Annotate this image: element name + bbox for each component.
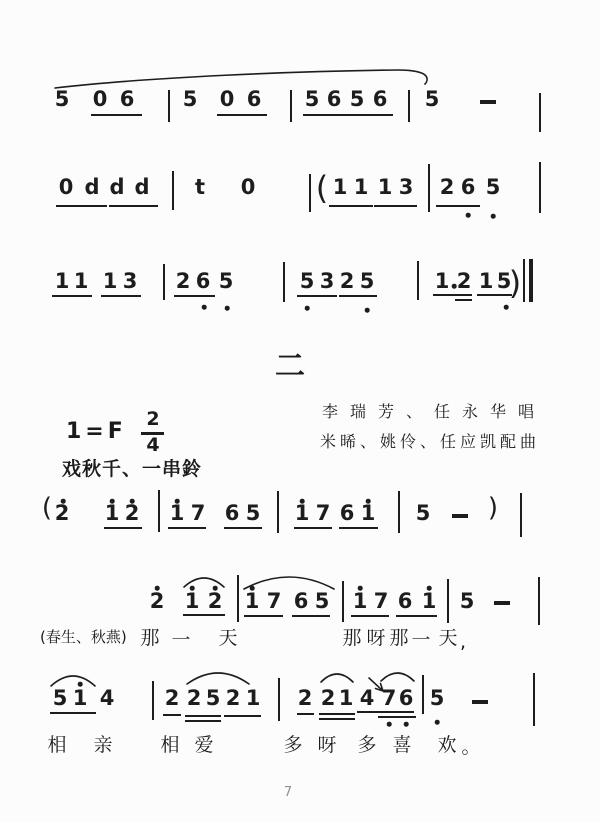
note-glyph: 2: [340, 271, 355, 292]
beam-underline: [244, 615, 283, 617]
beam-underline: [224, 715, 261, 717]
beam-underline: [224, 527, 262, 529]
lyric-text: 那: [389, 628, 408, 649]
barline: [237, 575, 239, 622]
lyric-text: 欢: [437, 735, 456, 756]
note-glyph: 6: [247, 89, 262, 110]
barline: [417, 261, 419, 300]
note-glyph: 5: [183, 89, 198, 110]
octave-dot: [491, 214, 496, 219]
lyric-text: 相: [160, 735, 179, 756]
octave-dot: [452, 284, 457, 289]
lyric-text: 一: [171, 630, 190, 651]
note-glyph: 6: [461, 177, 476, 198]
note-glyph: 2: [226, 688, 241, 709]
barline: [158, 490, 160, 532]
note-glyph: 3: [399, 177, 414, 198]
slur-arc: [51, 676, 95, 686]
note-glyph: 5: [55, 89, 70, 110]
note-glyph: 6: [398, 591, 413, 612]
beam-underline: [329, 205, 373, 207]
barline: [342, 581, 344, 622]
beam-underline: [348, 114, 393, 116]
note-glyph: 1: [245, 591, 260, 612]
barline: [529, 259, 533, 302]
note-glyph: 5: [486, 177, 501, 198]
octave-dot: [300, 499, 305, 504]
note-glyph: 0: [241, 177, 256, 198]
barline: [152, 681, 154, 720]
note-glyph: (: [316, 172, 328, 204]
beam-underline: [357, 711, 414, 713]
octave-dot: [366, 499, 371, 504]
beam-underline: [297, 713, 314, 715]
note-glyph: 5: [246, 503, 261, 524]
note-glyph: 1: [74, 271, 89, 292]
note-glyph: 7: [316, 503, 331, 524]
lyric-text: ,: [460, 632, 466, 653]
octave-dot: [250, 586, 255, 591]
beam-underline: [339, 295, 377, 297]
note-glyph: 5: [360, 271, 375, 292]
octave-dot: [404, 722, 409, 727]
barline: [422, 675, 424, 714]
note-glyph: 5: [53, 688, 68, 709]
note-glyph: 1: [103, 271, 118, 292]
note-glyph: 6: [196, 271, 211, 292]
barline: [539, 93, 541, 132]
octave-dot: [427, 586, 432, 591]
lyric-text: 天: [218, 628, 237, 649]
beam-underline: [185, 715, 221, 717]
duration-dash: [494, 601, 510, 605]
note-glyph: 2: [165, 688, 180, 709]
duration-dash: [472, 700, 488, 704]
note-glyph: 1: [354, 177, 369, 198]
octave-dot: [504, 305, 509, 310]
octave-dot: [190, 586, 195, 591]
note-glyph: 1: [55, 271, 70, 292]
meter-denominator: 4: [146, 435, 159, 457]
barline: [408, 90, 410, 122]
note-glyph: 2: [150, 591, 165, 612]
note-glyph: d: [84, 177, 99, 198]
tie-line: [55, 70, 427, 88]
beam-underline: [168, 527, 206, 529]
beam-underline: [319, 718, 355, 720]
note-glyph: 6: [373, 89, 388, 110]
beam-underline: [185, 720, 221, 722]
lyric-text: 。: [461, 737, 480, 758]
note-glyph: 7: [374, 591, 389, 612]
beam-underline: [297, 295, 337, 297]
lyric-text: 那: [342, 628, 361, 649]
beam-underline: [52, 295, 92, 297]
slur-arc: [381, 673, 414, 681]
note-glyph: 4: [360, 688, 375, 709]
note-glyph: 1: [339, 688, 354, 709]
note-glyph: 5: [460, 591, 475, 612]
note-glyph: 5: [300, 271, 315, 292]
octave-dot: [305, 306, 310, 311]
note-glyph: 6: [340, 503, 355, 524]
barline: [533, 673, 535, 726]
note-glyph: 5: [416, 503, 431, 524]
note-glyph: 1: [422, 591, 437, 612]
duration-dash: [452, 514, 468, 518]
octave-dot: [78, 682, 83, 687]
lyric-text: 爱: [194, 735, 213, 756]
barline: [398, 491, 400, 533]
slur-arc: [321, 674, 353, 682]
octave-dot: [155, 586, 160, 591]
note-glyph: 6: [327, 89, 342, 110]
beam-underline: [378, 716, 416, 718]
beam-underline: [56, 205, 107, 207]
beam-underline: [339, 527, 378, 529]
note-glyph: 2: [321, 688, 336, 709]
meter-numerator: 2: [146, 409, 159, 431]
barline: [278, 678, 280, 721]
note-glyph: 7: [267, 591, 282, 612]
note-glyph: 3: [123, 271, 138, 292]
note-glyph: 1: [353, 591, 368, 612]
note-glyph: 2: [208, 591, 223, 612]
beam-underline: [477, 294, 512, 296]
beam-underline: [374, 205, 417, 207]
note-glyph: 1: [295, 503, 310, 524]
lyric-text: 多: [357, 735, 376, 756]
note-glyph: 5: [425, 89, 440, 110]
octave-dot: [202, 305, 207, 310]
barline: [277, 491, 279, 533]
note-glyph: 5: [219, 271, 234, 292]
barline: [309, 174, 311, 212]
note-glyph: 7: [191, 503, 206, 524]
lyric-text: 喜: [392, 735, 411, 756]
section-mark: 二: [275, 350, 305, 385]
beam-underline: [174, 295, 215, 297]
note-glyph: 5: [305, 89, 320, 110]
note-glyph: 4: [100, 688, 115, 709]
beam-underline: [101, 295, 141, 297]
barline: [163, 264, 165, 300]
note-glyph: 0: [59, 177, 74, 198]
note-glyph: 1: [378, 177, 393, 198]
beam-underline: [455, 299, 472, 301]
note-glyph: 5: [430, 688, 445, 709]
beam-underline: [183, 614, 225, 616]
octave-dot: [175, 499, 180, 504]
note-glyph: 6: [225, 503, 240, 524]
barline: [290, 90, 292, 122]
octave-dot: [213, 586, 218, 591]
note-glyph: d: [109, 177, 124, 198]
octave-dot: [365, 308, 370, 313]
beam-underline: [433, 294, 472, 296]
lyric-text: 亲: [93, 735, 112, 756]
beam-underline: [50, 712, 96, 714]
barline: [520, 493, 522, 537]
note-glyph: 1: [479, 271, 494, 292]
note-glyph: t: [195, 177, 205, 198]
lyric-text: 呀: [317, 735, 336, 756]
note-glyph: ): [488, 495, 498, 521]
note-glyph: 2: [440, 177, 455, 198]
beam-underline: [303, 114, 348, 116]
note-glyph: 1: [361, 503, 376, 524]
barline: [539, 162, 541, 213]
note-glyph: 1: [246, 688, 261, 709]
note-glyph: 2: [457, 271, 472, 292]
note-glyph: 7: [382, 688, 397, 709]
note-glyph: 2: [55, 503, 70, 524]
octave-dot: [225, 306, 230, 311]
octave-dot: [435, 720, 440, 725]
beam-underline: [91, 114, 142, 116]
note-glyph: 5: [350, 89, 365, 110]
barline: [168, 90, 170, 122]
slur-arc: [187, 673, 249, 684]
lyric-text: 相: [47, 735, 66, 756]
lyric-text: 多: [283, 735, 302, 756]
note-glyph: 1: [435, 271, 450, 292]
octave-dot: [110, 499, 115, 504]
octave-dot: [61, 499, 66, 504]
barline: [283, 262, 285, 302]
beam-underline: [292, 615, 330, 617]
barline: [538, 577, 540, 625]
note-glyph: d: [134, 177, 149, 198]
note-glyph: 2: [176, 271, 191, 292]
lyric-text: 天: [438, 628, 457, 649]
octave-dot: [387, 722, 392, 727]
note-glyph: 2: [187, 688, 202, 709]
lyric-text: (春生、秋燕): [40, 629, 127, 646]
page-number: 7: [284, 786, 292, 801]
note-glyph: 2: [125, 503, 140, 524]
beam-underline: [163, 714, 181, 716]
note-glyph: (: [42, 495, 52, 521]
octave-dot: [130, 499, 135, 504]
beam-underline: [319, 713, 355, 715]
beam-underline: [217, 114, 267, 116]
barline: [447, 579, 449, 623]
sheet-music-page: 二 1=F 2 4 戏秋千、一串鈴 李瑞芳、任永华唱 米晞、姚伶、任应凯配曲 7…: [0, 0, 600, 822]
barline: [172, 171, 174, 210]
song-title: 戏秋千、一串鈴: [62, 459, 202, 481]
note-glyph: 5: [315, 591, 330, 612]
note-glyph: 3: [320, 271, 335, 292]
duration-dash: [480, 100, 496, 104]
beam-underline: [396, 615, 437, 617]
beam-underline: [351, 615, 389, 617]
note-glyph: 1: [105, 503, 120, 524]
note-glyph: 6: [294, 591, 309, 612]
note-glyph: 2: [298, 688, 313, 709]
note-glyph: 6: [120, 89, 135, 110]
lyric-text: 那: [140, 628, 159, 649]
beam-underline: [294, 527, 332, 529]
credit-arrangers: 米晞、姚伶、任应凯配曲: [320, 433, 540, 451]
key-signature: 1=F: [66, 419, 127, 444]
credit-singers: 李瑞芳、任永华唱: [322, 403, 546, 421]
lyric-text: 一: [411, 630, 430, 651]
note-glyph: 6: [399, 688, 414, 709]
note-glyph: 0: [93, 89, 108, 110]
beam-underline: [109, 205, 158, 207]
octave-dot: [466, 213, 471, 218]
note-glyph: 1: [333, 177, 348, 198]
note-glyph: 1: [185, 591, 200, 612]
beam-underline: [104, 527, 142, 529]
note-glyph: 0: [220, 89, 235, 110]
note-glyph: 1: [170, 503, 185, 524]
note-glyph: 5: [206, 688, 221, 709]
barline: [523, 259, 525, 302]
barline: [428, 164, 430, 212]
beam-underline: [436, 205, 480, 207]
slur-arc: [244, 577, 334, 589]
octave-dot: [358, 586, 363, 591]
note-glyph: 1: [73, 688, 88, 709]
lyric-text: 呀: [366, 628, 385, 649]
